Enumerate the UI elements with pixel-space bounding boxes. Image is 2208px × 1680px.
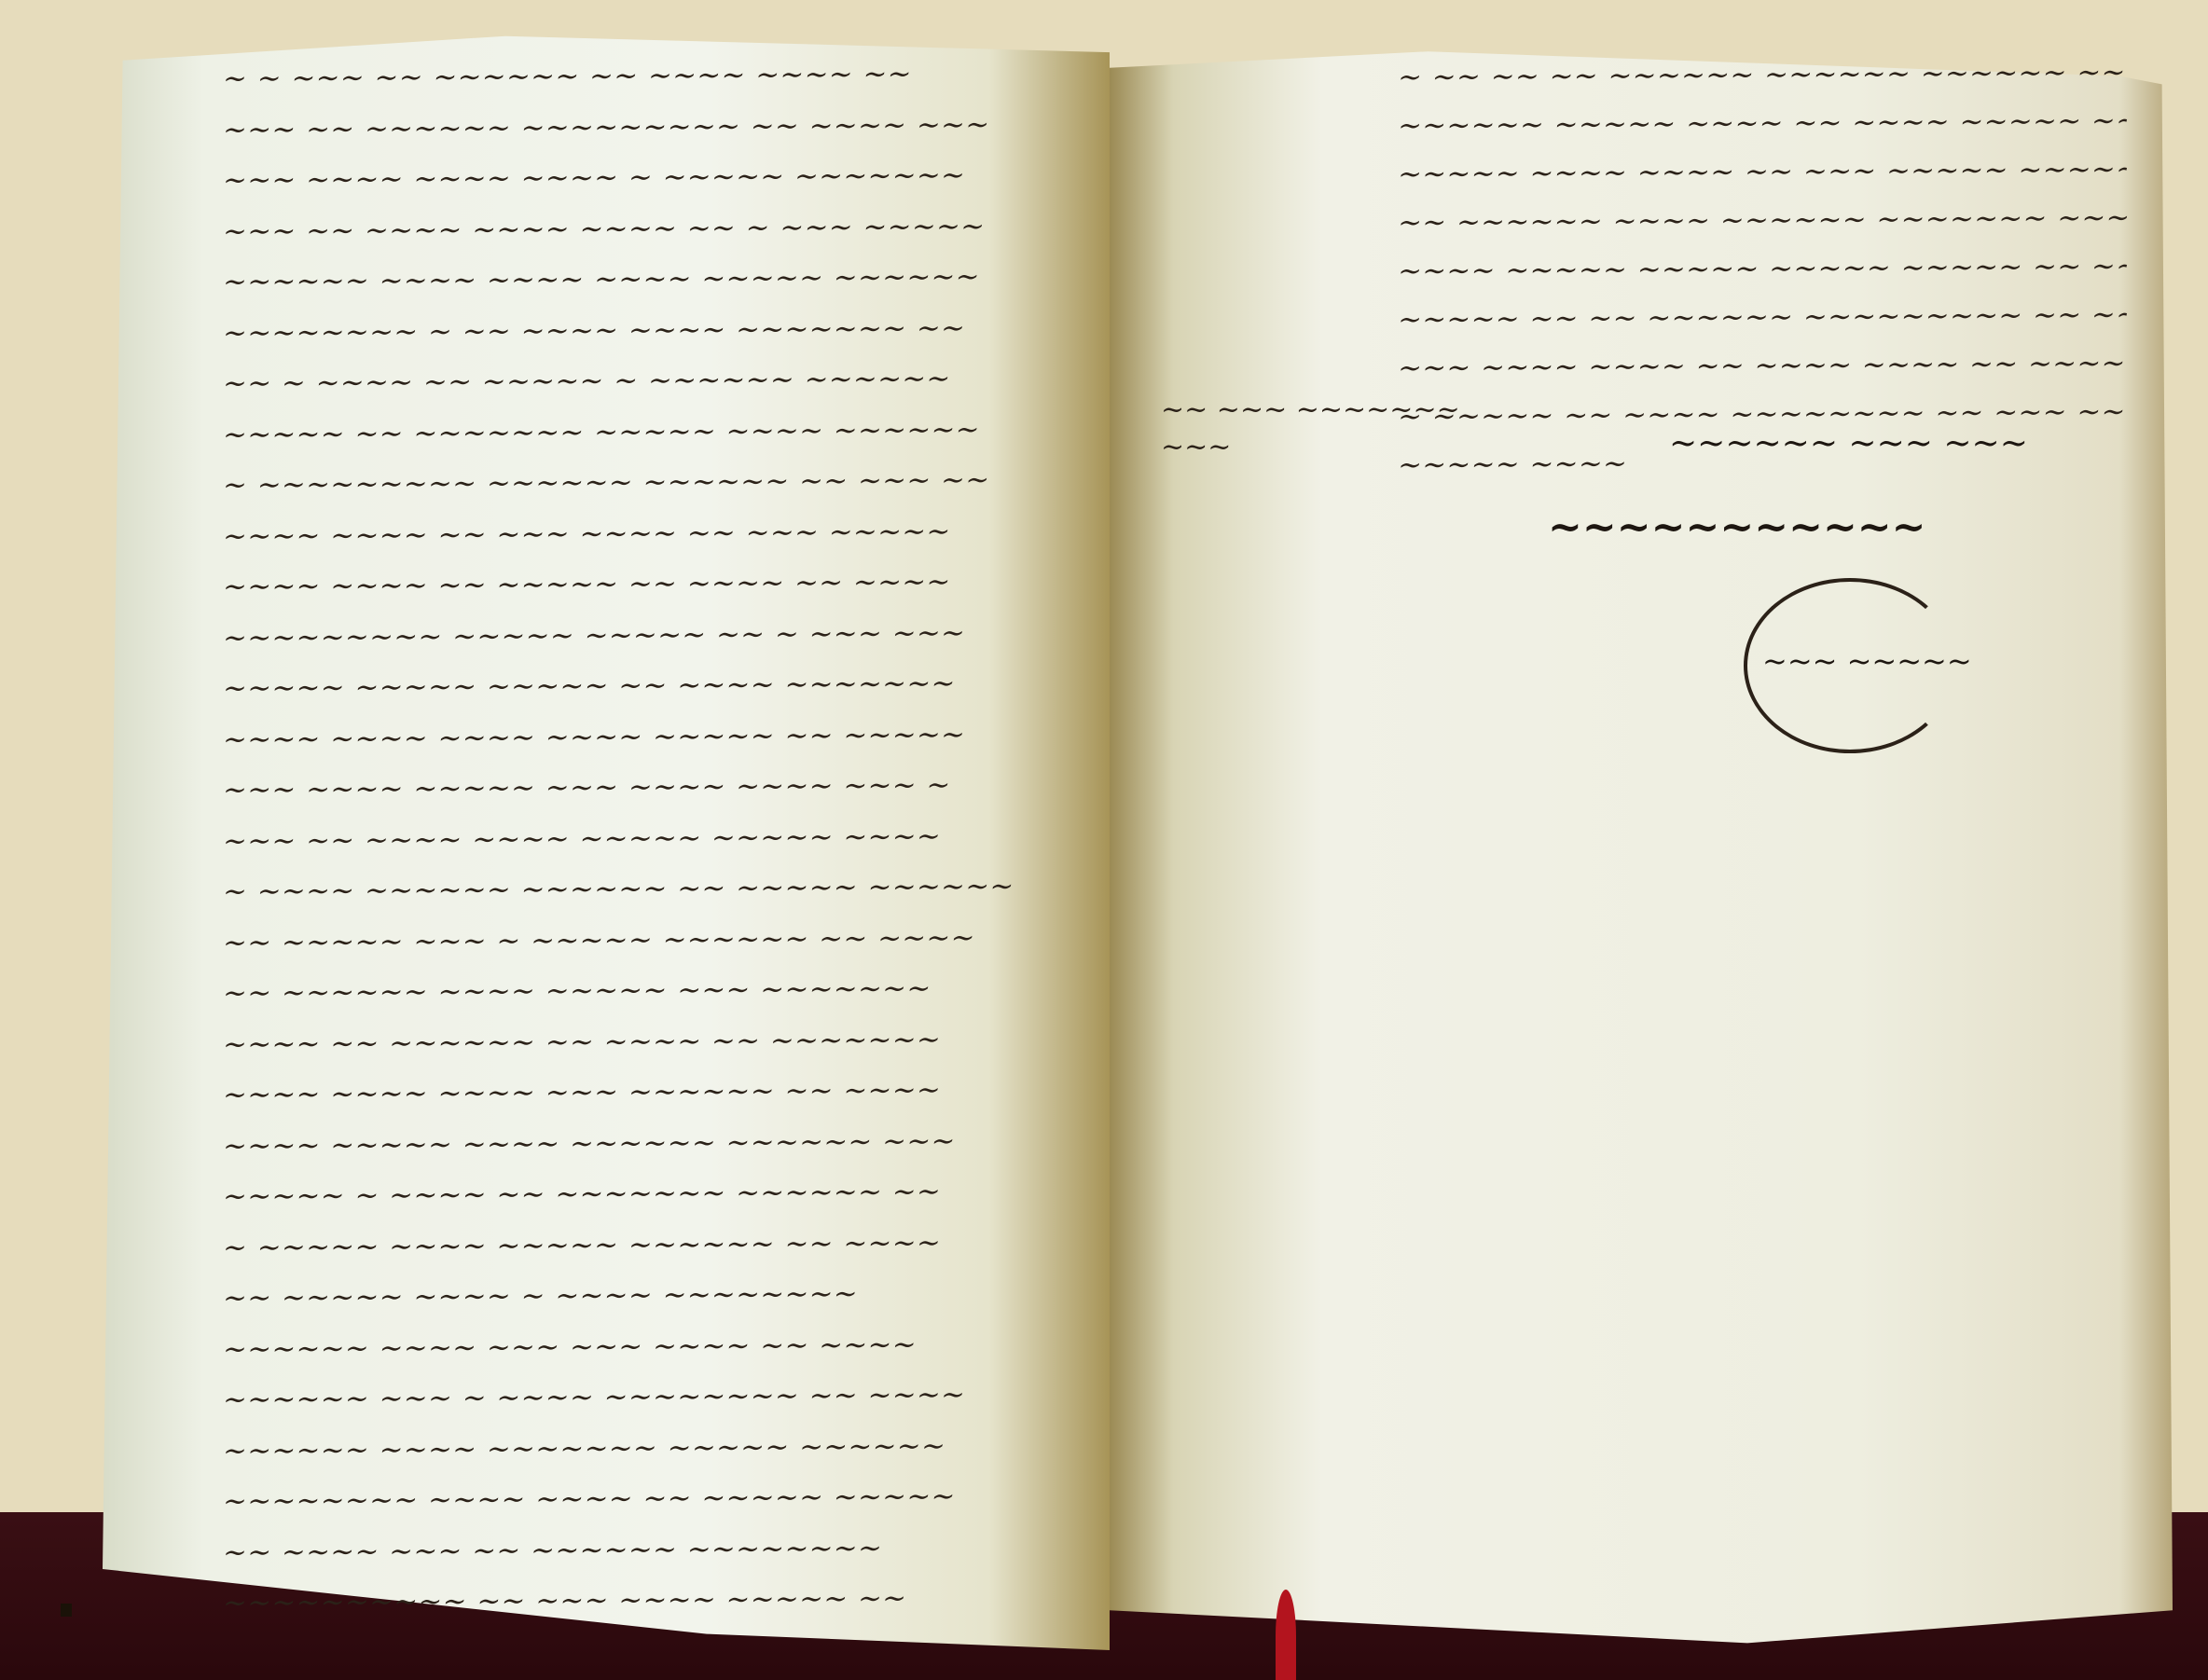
manuscript-line: ~~~~ ~~~~~ ~~~~~ ~~~~~ ~~~~~ ~~ ~~~ (1393, 242, 2132, 296)
manuscript-line: ~~~~~~ ~~~ ~ ~~~~ ~~~~~~~~ ~~ ~~~~ (218, 1370, 1088, 1426)
manuscript-line: ~~~~~~~~~ ~~~~~ ~~~~~ ~~ ~ ~~~ ~~~ (218, 607, 1088, 664)
margin-note-line: ~~~ (1161, 429, 1460, 466)
signature-line: ~~~~~~ ~~~ ~~~ (1669, 424, 2028, 462)
margin-note-line: ~~ ~~~ ~~~~~~~ (1161, 392, 1460, 429)
manuscript-line: ~~~~~~ ~~~~ ~~~~ ~~~~ ~~~~~ ~~~~~~ (218, 252, 1088, 309)
manuscript-line: ~~~~ ~~ ~~~~~~ ~~ ~~~~ ~~ ~~~~~~~ (218, 1013, 1088, 1070)
manuscript-line: ~~~~~~~~ ~~~~ ~~~~ ~~ ~~~~~ ~~~~~ (218, 1471, 1088, 1528)
left-page-text: ~ ~ ~~~ ~~ ~~~~~~ ~~ ~~~~ ~~~~ ~~~~~ ~~ … (224, 51, 1082, 1627)
manuscript-line: ~~~~~~~~ ~ ~~ ~~~~ ~~~~ ~~~~~~~ ~~ (218, 302, 1088, 359)
manuscript-line: ~~~~~~ ~~~~ ~~~~~~~ ~~~~~ ~~~~~~ (218, 1420, 1088, 1477)
manuscript-line: ~~~~~ ~~ ~~~~~~~ ~~~~~ ~~~~ ~~~~~~ (218, 404, 1088, 461)
manuscript-line: ~~~~~ ~~~~ ~~~~ ~~ ~~~ ~~~~~ ~~~~~ (1393, 145, 2132, 199)
manuscript-line: ~~~~~~ ~~~~ ~~~ ~~~ ~~~~ ~~ ~~~~ (218, 1318, 1088, 1375)
manuscript-line: ~~~~~ ~ ~~~~ ~~ ~~~~~~~ ~~~~~~ ~~ (218, 1166, 1088, 1223)
manuscript-line: ~~~ ~~ ~~~~ ~~~~ ~~~~~ ~~~~~ ~~~~ (218, 810, 1088, 867)
manuscript-line: ~~~ ~~ ~~~~ ~~~~ ~~~~ ~~ ~ ~~~ ~~~~~ (218, 200, 1088, 257)
manuscript-line: ~~~~~ ~~~~~ ~~~~~ ~~ ~~~~ ~~~~~~~ (218, 658, 1088, 715)
manuscript-line: ~~ ~~~~~ ~~~ ~ ~~~~~ ~~~~~~ ~~ ~~~~ (218, 912, 1088, 969)
manuscript-line: ~~~ ~~~~ ~~~~ ~~ ~~~~ ~~~~ ~~ ~~~~ (1393, 339, 2132, 392)
manuscript-line: ~~~~ ~~~~ ~~~~ ~~~ ~~~~~~ ~~ ~~~~ (218, 1065, 1088, 1122)
manuscript-line: ~~~~ ~~~~~ ~~~~ ~~~~~~ ~~~~~~ ~~~ (218, 1115, 1088, 1172)
margin-note: ~~ ~~~ ~~~~~~~ ~~~ (1161, 392, 1460, 466)
manuscript-line: ~~~~ ~~~~ ~~~~ ~~~~ ~~~~~ ~~ ~~~~~ (218, 709, 1088, 765)
manuscript-line: ~~ ~~~~~~ ~~~~ ~~~~~ ~~~ ~~~~~~~ (218, 963, 1088, 1020)
manuscript-line: ~~~~ ~~~~ ~~ ~~~~~ ~~ ~~~~ ~~ ~~~~ (218, 557, 1088, 613)
manuscript-line: ~~~~~~~~~~ ~~ ~~~ ~~~~ ~~~~~ ~~ (218, 1573, 1088, 1630)
manuscript-line: ~~~~ ~~~~ ~~ ~~~ ~~~~ ~~ ~~~ ~~~~~ (218, 505, 1088, 562)
manuscript-line: ~ ~~~~~ ~~~~ ~~~~~ ~~~~~~ ~~ ~~~~ (218, 1217, 1088, 1274)
manuscript-line: ~~~ ~~~~ ~~~~~ ~~~ ~~~~ ~~~~ ~~~ ~ (218, 760, 1088, 817)
manuscript-line: ~ ~~~~ ~~~~~~ ~~~~~~ ~~ ~~~~~ ~~~~~~ (218, 861, 1088, 918)
manuscript-line: ~~~~~ ~~ ~~ ~~~~~~ ~~~~~~~~~ ~~ ~~ (1393, 291, 2132, 344)
manuscript-line: ~~~ ~~~~ ~~~~ ~~~~ ~ ~~~~~ ~~~~~~~ (218, 150, 1088, 207)
signature-notary: ~~~ ~~~~~ (1762, 643, 1972, 679)
manuscript-line: ~ ~~ ~~ ~~ ~~~~~~ ~~~~~~ ~~~~~~ ~~~~ (1393, 48, 2132, 102)
bookmark-ribbon (1276, 1590, 1296, 1680)
manuscript-line: ~~ ~~~~ ~~~ ~~ ~~~~~~ ~~~~~~~~ (218, 1522, 1088, 1578)
manuscript-line: ~~ ~ ~~~~ ~~ ~~~~~ ~ ~~~~~~ ~~~~~~ (218, 353, 1088, 410)
manuscript-line: ~~ ~~~~~~ ~~~~ ~~~~~~ ~~~~~~~ ~~~~ (1393, 194, 2132, 247)
manuscript-line: ~~~~~~ ~~~~~ ~~~~ ~~ ~~~~ ~~~~~ ~~~ (1393, 97, 2132, 150)
ink-mark (61, 1604, 72, 1617)
manuscript-line: ~ ~~~~~~~~~ ~~~~~~ ~~~~~~ ~~ ~~~ ~~ (218, 455, 1088, 512)
manuscript-line: ~~ ~~~~~ ~~~~ ~ ~~~~ ~~~~~~~~ (218, 1268, 1088, 1325)
manuscript-line: ~ ~ ~~~ ~~ ~~~~~~ ~~ ~~~~ ~~~~ ~~ (218, 48, 1088, 105)
right-page-text: ~ ~~ ~~ ~~ ~~~~~~ ~~~~~~ ~~~~~~ ~~~~~~~~… (1399, 51, 2126, 488)
signature-main: ~~~~~~~~~~~ (1548, 503, 1926, 551)
manuscript-line: ~~~ ~~ ~~~~~~ ~~~~~~~~~ ~~ ~~~~ ~~~ (218, 99, 1088, 156)
